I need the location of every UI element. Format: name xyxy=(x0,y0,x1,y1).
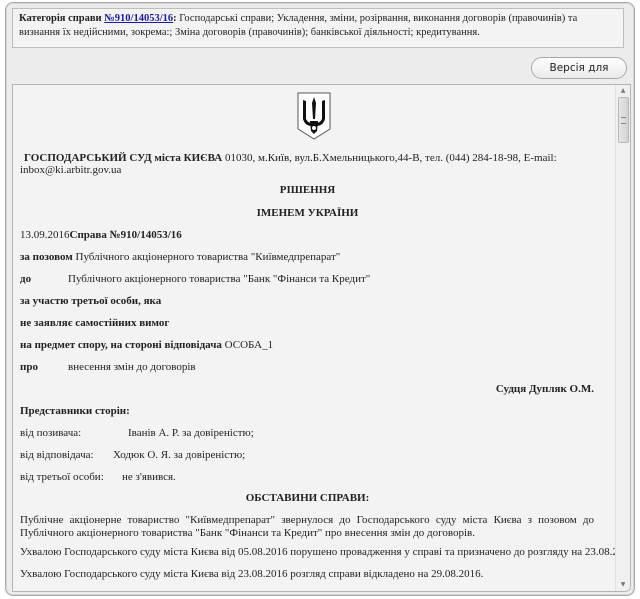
plaintiff-line: за позовом Публічного акціонерного товар… xyxy=(20,251,340,264)
third-party-line-2: не заявляє самостійних вимог xyxy=(20,317,169,330)
third-party-name: ОСОБА_1 xyxy=(222,339,273,351)
document-scrollbar[interactable]: ▲ ▼ xyxy=(615,85,630,591)
plaintiff-label: за позовом xyxy=(20,251,73,263)
defendant-label: до xyxy=(20,273,68,286)
defendant-line: доПублічного акціонерного товариства "Ба… xyxy=(20,273,370,286)
category-label: Категорія справи xyxy=(19,13,102,24)
representative-name: Ходюк О. Я. за довіреністю; xyxy=(113,449,245,461)
decision-date: 13.09.2016 xyxy=(20,229,70,241)
document-title: РІШЕННЯ xyxy=(13,184,602,197)
document-subtitle: ІМЕНЕМ УКРАЇНИ xyxy=(13,207,602,220)
representative-name: Іванів А. Р. за довіреністю; xyxy=(128,427,254,439)
representatives-title: Представники сторін: xyxy=(20,405,130,418)
scroll-up-arrow-icon[interactable]: ▲ xyxy=(616,85,630,97)
category-text: Господарські справи; Укладення, зміни, р… xyxy=(19,13,577,38)
representative-row: від відповідача:Ходюк О. Я. за довіреніс… xyxy=(20,449,245,462)
plaintiff-name: Публічного акціонерного товариства "Київ… xyxy=(73,251,341,263)
scroll-down-arrow-icon[interactable]: ▼ xyxy=(616,579,630,591)
court-email: inbox@ki.arbitr.gov.ua xyxy=(20,164,121,177)
trident-emblem-icon xyxy=(296,91,332,141)
third-party-label: на предмет спору, на стороні відповідача xyxy=(20,339,222,351)
paragraph: Ухвалою Господарського суду міста Києва … xyxy=(20,568,483,581)
circumstances-title: ОБСТАВИНИ СПРАВИ: xyxy=(13,492,602,505)
date-case-line: 13.09.2016Справа №910/14053/16 xyxy=(20,229,182,242)
representative-row: від третьої особи:не з'явився. xyxy=(20,471,176,484)
representative-name: не з'явився. xyxy=(122,471,176,483)
third-party-line-3: на предмет спору, на стороні відповідача… xyxy=(20,339,273,352)
court-address: 01030, м.Київ, вул.Б.Хмельницького,44-В,… xyxy=(222,152,556,164)
third-party-line-1: за участю третьої особи, яка xyxy=(20,295,161,308)
representative-role: від відповідача: xyxy=(20,449,113,462)
defendant-name: Публічного акціонерного товариства "Банк… xyxy=(68,273,370,285)
judge-name: Судця Дупляк О.М. xyxy=(496,383,594,396)
document-frame: ГОСПОДАРСЬКИЙ СУД міста КИЄВА 01030, м.К… xyxy=(12,84,631,592)
paragraph: Публічне акціонерне товариство "Київмедп… xyxy=(20,514,594,540)
case-number-link[interactable]: №910/14053/16 xyxy=(104,13,173,24)
paragraph: Ухвалою Господарського суду міста Києва … xyxy=(20,546,631,559)
representative-role: від позивача: xyxy=(20,427,128,440)
court-name: ГОСПОДАРСЬКИЙ СУД міста КИЄВА xyxy=(24,152,222,164)
subject-label: про xyxy=(20,361,68,374)
representative-role: від третьої особи: xyxy=(20,471,122,484)
print-version-button[interactable]: Версія для друку xyxy=(531,57,627,79)
scroll-thumb[interactable] xyxy=(618,97,629,143)
subject-line: провнесення змін до договорів xyxy=(20,361,196,374)
subject-text: внесення змін до договорів xyxy=(68,361,196,373)
document-content: ГОСПОДАРСЬКИЙ СУД міста КИЄВА 01030, м.К… xyxy=(13,85,616,591)
case-category-box: Категорія справи №910/14053/16: Господар… xyxy=(12,8,624,48)
case-number: Справа №910/14053/16 xyxy=(70,229,182,241)
representative-row: від позивача:Іванів А. Р. за довіреністю… xyxy=(20,427,254,440)
